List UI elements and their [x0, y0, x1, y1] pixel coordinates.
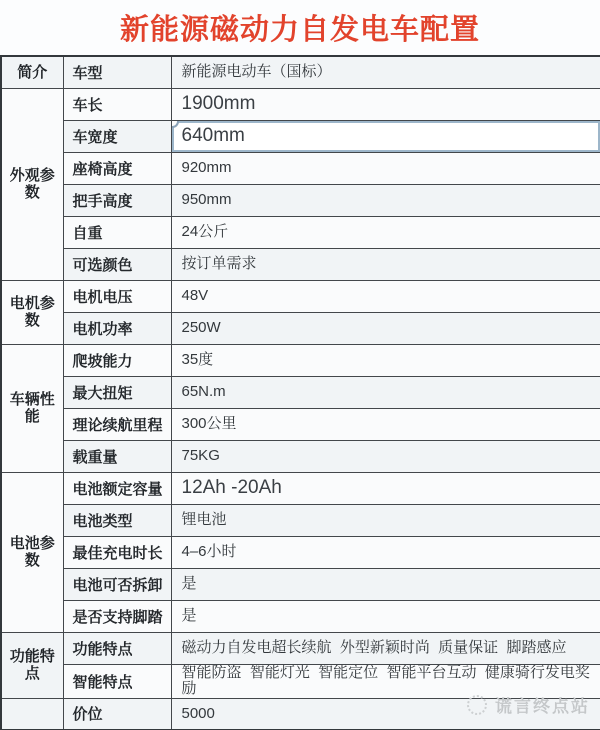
spec-value: 250W: [171, 312, 600, 344]
watermark-logo-icon: [467, 695, 487, 715]
table-row: 理论续航里程300公里: [1, 408, 600, 440]
section-cell: 简介: [1, 56, 63, 88]
table-row: 电池可否拆卸是: [1, 568, 600, 600]
spec-label: 智能特点: [63, 664, 171, 698]
spec-value: 48V: [171, 280, 600, 312]
table-row: 自重24公斤: [1, 216, 600, 248]
spec-value: 是: [171, 600, 600, 632]
table-row: 载重量75KG: [1, 440, 600, 472]
spec-label: 电机功率: [63, 312, 171, 344]
section-cell: 功能特点: [1, 632, 63, 698]
spec-value: 920mm: [171, 152, 600, 184]
spec-label: 座椅高度: [63, 152, 171, 184]
section-cell-empty: [1, 698, 63, 730]
table-row: 可选颜色按订单需求: [1, 248, 600, 280]
table-row: 功能特点功能特点磁动力自发电超长续航 外型新颖时尚 质量保证 脚踏感应: [1, 632, 600, 664]
spec-label: 爬坡能力: [63, 344, 171, 376]
table-row: 最大扭矩65N.m: [1, 376, 600, 408]
spec-value: 300公里: [171, 408, 600, 440]
spec-label: 价位: [63, 698, 171, 730]
spec-value: 24公斤: [171, 216, 600, 248]
spec-label: 车长: [63, 88, 171, 120]
spec-value: 75KG: [171, 440, 600, 472]
table-row: 外观参数车长1900mm: [1, 88, 600, 120]
spec-label: 可选颜色: [63, 248, 171, 280]
spec-table: 简介车型新能源电动车（国标）外观参数车长1900mm车宽度640mm座椅高度92…: [0, 55, 600, 730]
spec-value: 新能源电动车（国标）: [171, 56, 600, 88]
spec-label: 电池类型: [63, 504, 171, 536]
watermark: 谎言终点站: [467, 692, 590, 717]
spec-value: 磁动力自发电超长续航 外型新颖时尚 质量保证 脚踏感应: [171, 632, 600, 664]
section-cell: 电机参数: [1, 280, 63, 344]
spec-label: 最佳充电时长: [63, 536, 171, 568]
spec-label: 车宽度: [63, 120, 171, 152]
spec-label: 把手高度: [63, 184, 171, 216]
table-row: 是否支持脚踏是: [1, 600, 600, 632]
watermark-text: 谎言终点站: [495, 692, 590, 717]
spec-value: 1900mm: [171, 88, 600, 120]
table-row: 车宽度640mm: [1, 120, 600, 152]
table-row: 电机参数电机电压48V: [1, 280, 600, 312]
table-row: 最佳充电时长4–6小时: [1, 536, 600, 568]
section-cell: 车辆性能: [1, 344, 63, 472]
spec-label: 电池可否拆卸: [63, 568, 171, 600]
spec-value: 65N.m: [171, 376, 600, 408]
spec-value: 锂电池: [171, 504, 600, 536]
spec-label: 自重: [63, 216, 171, 248]
spec-value-selected[interactable]: 640mm: [171, 120, 600, 152]
spec-label: 理论续航里程: [63, 408, 171, 440]
spec-value: 是: [171, 568, 600, 600]
spec-label: 载重量: [63, 440, 171, 472]
spec-label: 是否支持脚踏: [63, 600, 171, 632]
table-row: 座椅高度920mm: [1, 152, 600, 184]
table-row: 电池类型锂电池: [1, 504, 600, 536]
spec-label: 最大扭矩: [63, 376, 171, 408]
page: 新能源磁动力自发电车配置 简介车型新能源电动车（国标）外观参数车长1900mm车…: [0, 0, 600, 730]
spec-value: 4–6小时: [171, 536, 600, 568]
table-row: 电池参数电池额定容量12Ah -20Ah: [1, 472, 600, 504]
spec-value: 35度: [171, 344, 600, 376]
spec-value: 按订单需求: [171, 248, 600, 280]
table-row: 车辆性能爬坡能力35度: [1, 344, 600, 376]
spec-value: 12Ah -20Ah: [171, 472, 600, 504]
spec-label: 电机电压: [63, 280, 171, 312]
section-cell: 外观参数: [1, 88, 63, 280]
page-title: 新能源磁动力自发电车配置: [0, 0, 600, 55]
table-row: 简介车型新能源电动车（国标）: [1, 56, 600, 88]
spec-label: 车型: [63, 56, 171, 88]
table-row: 电机功率250W: [1, 312, 600, 344]
spec-value: 950mm: [171, 184, 600, 216]
selection-handle[interactable]: [171, 120, 179, 128]
table-row: 把手高度950mm: [1, 184, 600, 216]
spec-label: 功能特点: [63, 632, 171, 664]
spec-label: 电池额定容量: [63, 472, 171, 504]
section-cell: 电池参数: [1, 472, 63, 632]
